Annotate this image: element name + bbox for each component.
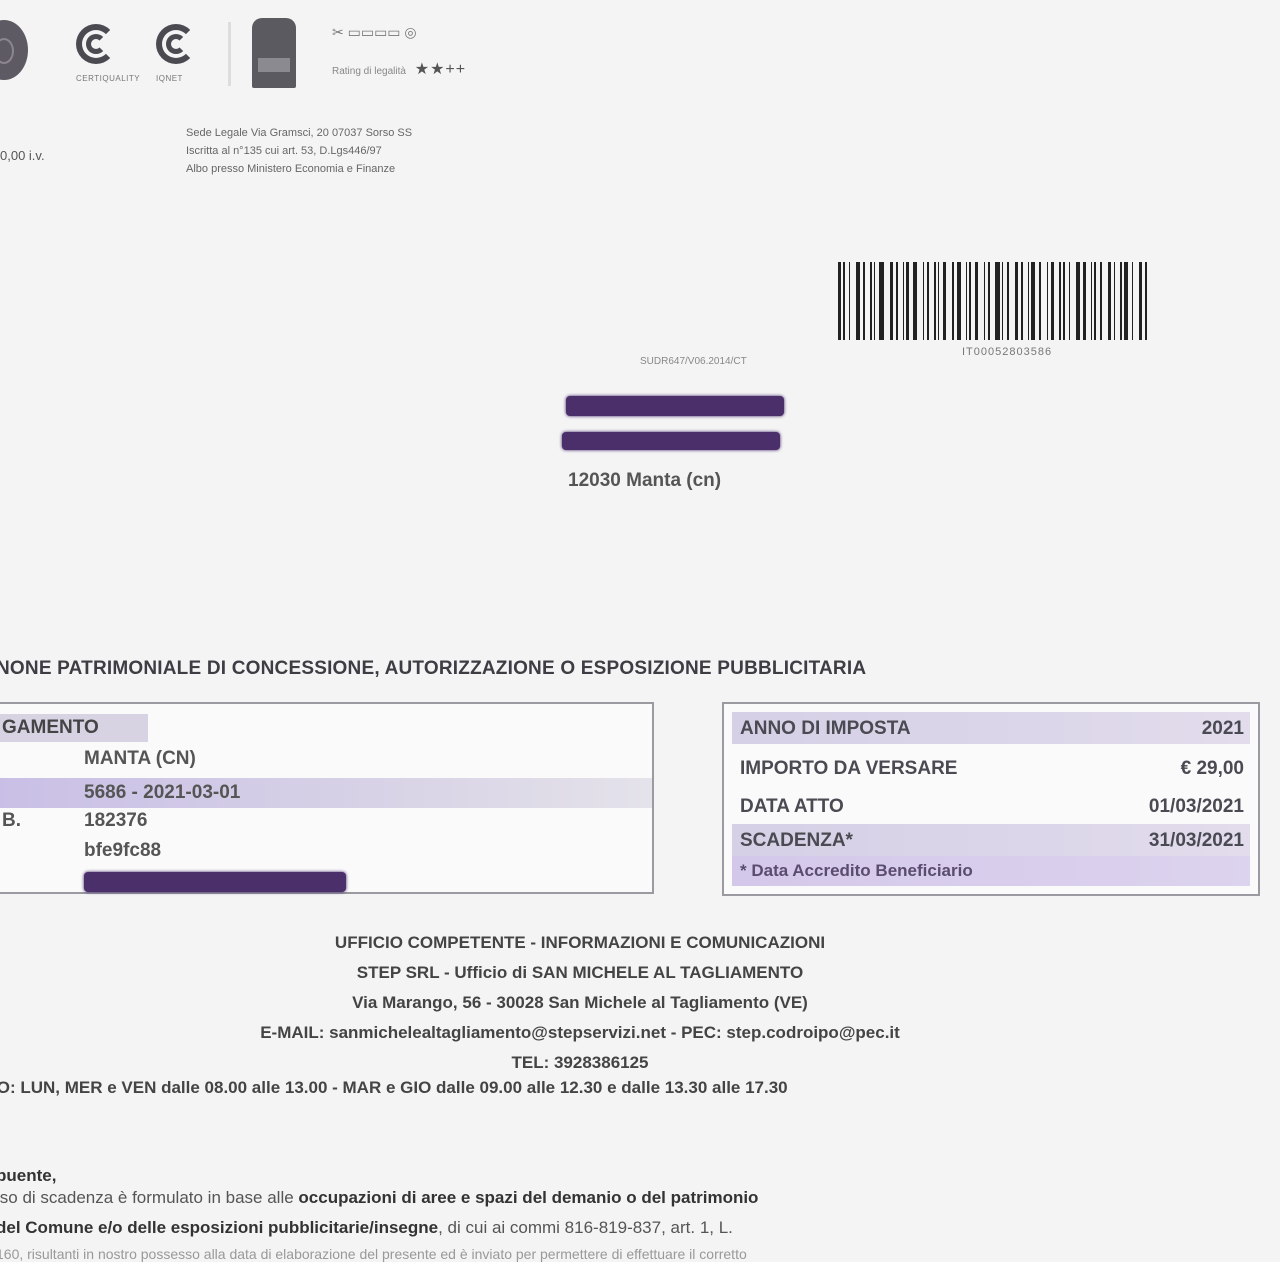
payment-row: 5686 - 2021-03-01 <box>0 778 652 808</box>
due-date: 31/03/2021 <box>1149 830 1244 852</box>
office-name: STEP SRL - Ufficio di SAN MICHELE AL TAG… <box>0 958 1160 988</box>
payment-row: MANTA (CN) <box>0 748 652 776</box>
notice-line: 160, risultanti in nostro possesso alla … <box>0 1246 1258 1262</box>
payment-row: B. 182376 <box>0 810 652 838</box>
due-date-note: * Data Accredito Beneficiario <box>732 856 1250 886</box>
office-phone: TEL: 3928386125 <box>0 1048 1160 1078</box>
tax-row: ANNO DI IMPOSTA 2021 <box>732 712 1250 744</box>
redacted-street <box>562 432 780 450</box>
legal-line: Albo presso Ministero Economia e Finanze <box>186 160 412 178</box>
office-heading: UFFICIO COMPETENTE - INFORMAZIONI E COMU… <box>0 928 1160 958</box>
seal-logo-icon <box>0 20 28 80</box>
legal-line: Iscritta al n°135 cui art. 53, D.Lgs446/… <box>186 142 412 160</box>
tax-year: 2021 <box>1202 718 1244 740</box>
notice-line: iso di scadenza è formulato in base alle… <box>0 1188 1258 1208</box>
act-date: 01/03/2021 <box>1149 796 1244 818</box>
tax-summary-box: ANNO DI IMPOSTA 2021 IMPORTO DA VERSARE … <box>722 702 1260 896</box>
legal-line: Sede Legale Via Gramsci, 20 07037 Sorso … <box>186 124 412 142</box>
badge-logo-icon <box>252 18 296 88</box>
office-info: UFFICIO COMPETENTE - INFORMAZIONI E COMU… <box>0 928 1160 1078</box>
logo-caption: CERTIQUALITY <box>76 74 140 83</box>
municipality: MANTA (CN) <box>84 748 196 770</box>
legal-info: Sede Legale Via Gramsci, 20 07037 Sorso … <box>186 124 412 178</box>
share-capital: 0,00 i.v. <box>0 148 45 163</box>
notice-line: del Comune e/o delle esposizioni pubblic… <box>0 1218 1258 1238</box>
star-rating-icon: ★★++ <box>415 61 466 78</box>
notice-greeting: buente, <box>0 1166 56 1186</box>
payment-row: bfe9fc88 <box>0 840 652 868</box>
payment-box-header: GAMENTO <box>0 714 148 742</box>
divider <box>228 22 231 86</box>
amount-due: € 29,00 <box>1181 758 1244 780</box>
logo-caption: IQNET <box>156 74 183 83</box>
certification-logo-icon: IQNET <box>150 18 210 78</box>
certification-logo-icon: CERTIQUALITY <box>70 18 130 78</box>
rating-logo: ✂ ▭▭▭▭ ◎ Rating di legalità ★★++ <box>332 24 466 79</box>
access-code: bfe9fc88 <box>84 840 161 862</box>
payment-details-box: GAMENTO MANTA (CN) 5686 - 2021-03-01 B. … <box>0 702 654 894</box>
barcode-icon <box>838 262 1232 340</box>
recipient-city: 12030 Manta (cn) <box>568 470 721 492</box>
office-hours: IO: LUN, MER e VEN dalle 08.00 alle 13.0… <box>0 1078 788 1098</box>
barcode-number: IT00052803586 <box>962 346 1052 358</box>
rating-caption: Rating di legalità <box>332 66 406 77</box>
tax-row: IMPORTO DA VERSARE € 29,00 <box>732 752 1250 784</box>
redacted-name <box>566 396 784 416</box>
tax-row: SCADENZA* 31/03/2021 <box>732 824 1250 856</box>
document-title: NONE PATRIMONIALE DI CONCESSIONE, AUTORI… <box>0 658 866 680</box>
redacted-value <box>84 872 346 892</box>
contributor-code: 182376 <box>84 810 147 832</box>
act-reference: 5686 - 2021-03-01 <box>84 778 240 808</box>
office-address: Via Marango, 56 - 30028 San Michele al T… <box>0 988 1160 1018</box>
tax-row: DATA ATTO 01/03/2021 <box>732 790 1250 822</box>
office-email: E-MAIL: sanmichelealtagliamento@stepserv… <box>0 1018 1160 1048</box>
document-code: SUDR647/V06.2014/CT <box>640 356 747 367</box>
